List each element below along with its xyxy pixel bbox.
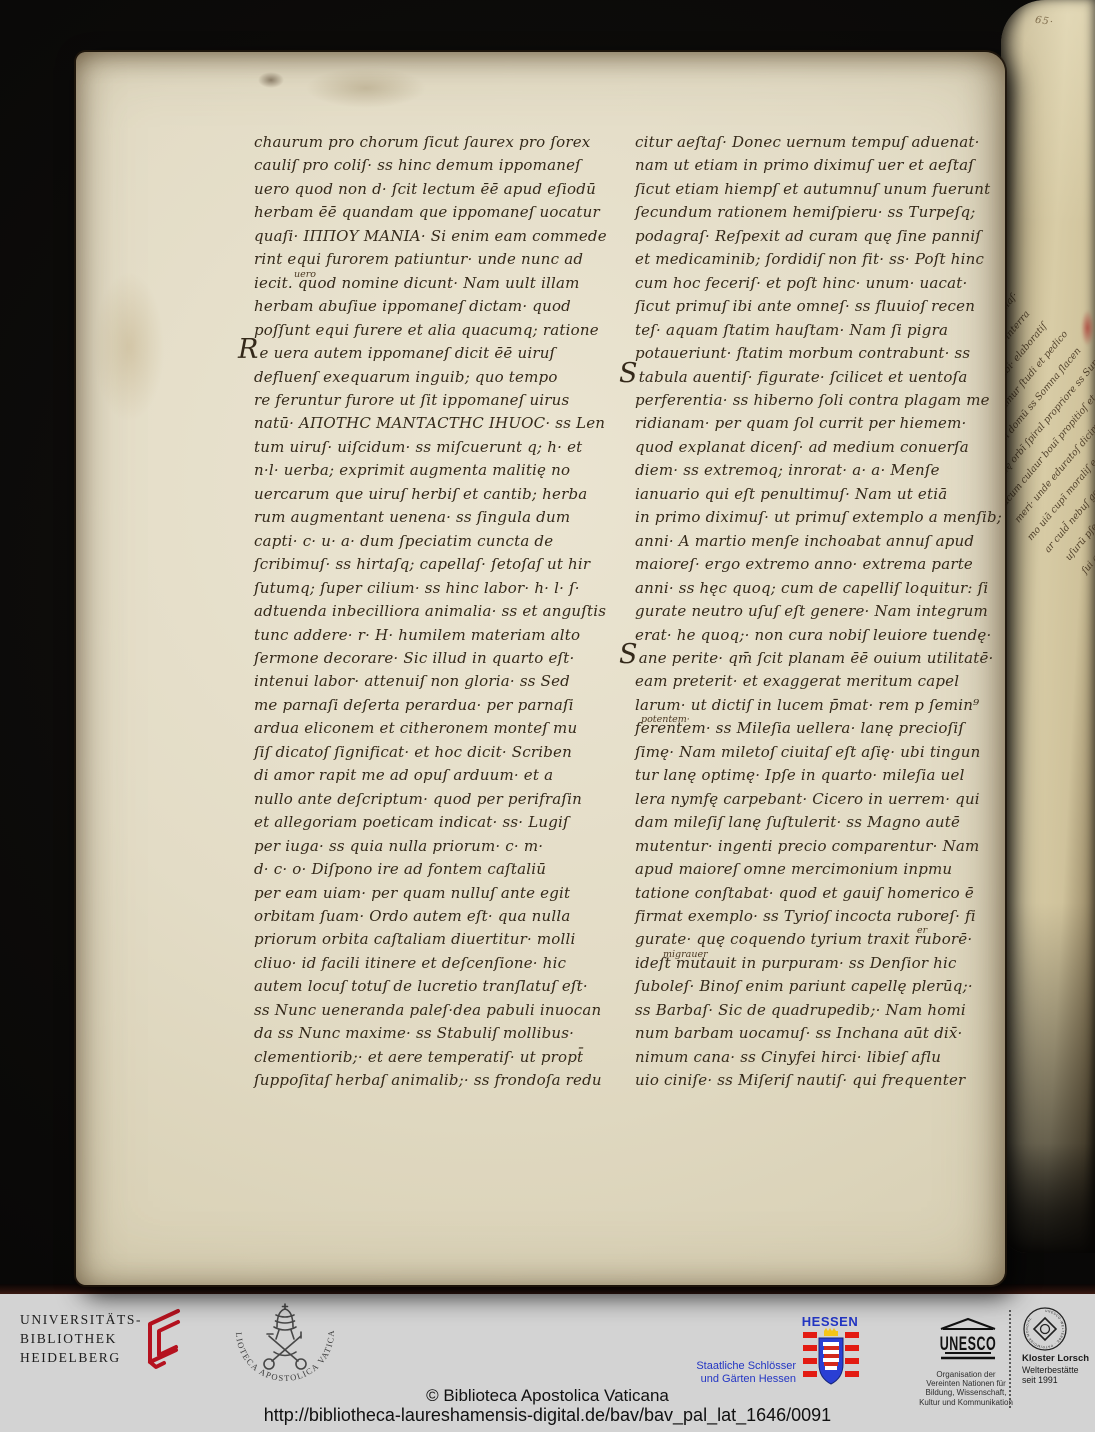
manuscript-line: ſecundum rationem hemiſpieru· ss Turpeſq…: [635, 201, 1023, 224]
ub-wordmark-line: UNIVERSITÄTS-: [20, 1310, 142, 1329]
svg-text:UNESCO-WELTERBE · PATRIMOINE M: UNESCO-WELTERBE · PATRIMOINE MONDIAL: [1025, 1309, 1065, 1349]
unesco-caption: Organisation derVereinten Nationen fürBi…: [908, 1370, 1024, 1407]
ub-heidelberg-wordmark: UNIVERSITÄTS-BIBLIOTHEKHEIDELBERG: [20, 1310, 142, 1367]
hessen-coat-of-arms-icon: [803, 1328, 859, 1390]
manuscript-page: chaurum pro chorum ſicut ſaurex pro ſore…: [76, 52, 1005, 1285]
interlinear-gloss: potentem·: [641, 708, 690, 731]
manuscript-line: tunc addere· r· H· humilem materiam alto: [254, 624, 642, 647]
edge-shadow: [1001, 1143, 1095, 1253]
manuscript-line: dam mileſiſ lanę ſuſtulerit· ss Magno au…: [635, 811, 1023, 834]
manuscript-line: ſicut primuſ ibi ante omneſ· ss fluuioſ …: [635, 295, 1023, 318]
manuscript-line: orbitam ſuam· Ordo autem eſt· qua nulla: [254, 905, 642, 928]
manuscript-line: ideſt mutauit in purpuram· ss Denſior hi…: [635, 952, 1023, 975]
hessen-caption-line: und Gärten Hessen: [638, 1373, 796, 1386]
manuscript-line: perferentia· ss hiberno ſoli contra plag…: [635, 389, 1023, 412]
kloster-lorsch-caption: Kloster LorschWelterbestätteseit 1991: [1022, 1354, 1089, 1386]
manuscript-line: me parnaſi deſerta perardua· per parnaſi: [254, 694, 642, 717]
parchment-stain: [94, 272, 164, 422]
manuscript-line: n·l· uerba; exprimit augmenta malitię no: [254, 459, 642, 482]
manuscript-line: tur lanę optimę· Ipſe in quarto· mileſia…: [635, 764, 1023, 787]
manuscript-line: anni· A martio menſe inchoabat annuſ apu…: [635, 530, 1023, 553]
manuscript-line: nimum cana· ss Cinyfei hirci· libieſ afl…: [635, 1046, 1023, 1069]
manuscript-line: chaurum pro chorum ſicut ſaurex pro ſore…: [254, 131, 642, 154]
manuscript-line: re feruntur furore ut ſit ippomaneſ uiru…: [254, 389, 642, 412]
manuscript-line: poſſunt equi furere et alia quacumq; rat…: [254, 319, 642, 342]
manuscript-line: ſuppoſitaſ herbaſ animalib;· ss frondoſa…: [254, 1069, 642, 1092]
photo-bottom-strip: [0, 1284, 1095, 1294]
manuscript-line: da ss Nunc maxime· ss Stabuliſ mollibus·: [254, 1022, 642, 1045]
folio-number: 65·: [1034, 15, 1054, 29]
manuscript-line: ss Barbaſ· Sic de quadrupedib;· Nam homi: [635, 999, 1023, 1022]
kloster-caption-line: seit 1991: [1022, 1375, 1089, 1386]
manuscript-line: autem locuſ totuſ de lucretio tranſlatuſ…: [254, 975, 642, 998]
manuscript-line: cum hoc feceriſ· et poſt hinc· unum· uac…: [635, 272, 1023, 295]
manuscript-line: iecit. quod nomine dicunt· Nam uult illa…: [254, 272, 642, 295]
hessen-lion-stripes: [823, 1342, 839, 1370]
manuscript-line: num barbam uocamuſ· ss Inchana aūt dix̄·: [635, 1022, 1023, 1045]
manuscript-line: natū· ΑΠΟΤΗC ΜΑΝΤΑCΤΗC ΙΗUΟC· ss Len: [254, 412, 642, 435]
manuscript-line: larum· ut dictiſ in lucem p̄mat· rem p ſ…: [635, 694, 1023, 717]
manuscript-line: cauliſ pro coliſ· ss hinc demum ippomane…: [254, 154, 642, 177]
manuscript-line: nam ut etiam in primo diximuſ uer et aeſ…: [635, 154, 1023, 177]
manuscript-line: ss Nunc ueneranda paleſ·dea pabuli inuoc…: [254, 999, 642, 1022]
manuscript-line: citur aeſtaſ· Donec uernum tempuſ aduena…: [635, 131, 1023, 154]
drop-initial: S: [619, 358, 638, 389]
unesco-caption-line: Vereinten Nationen für: [908, 1379, 1024, 1388]
manuscript-line: ferentem· ss Mileſia uellera· lanę preci…: [635, 717, 1023, 740]
manuscript-photo: 65· ſenior peruala ss laudam uocem coſtr…: [0, 0, 1095, 1294]
manuscript-line: teſ· aquam ſtatim hauſtam· Nam ſi pigra: [635, 319, 1023, 342]
manuscript-line: lera nymfę carpebant· Cicero in uerrem· …: [635, 788, 1023, 811]
hessen-wordmark: HESSEN: [798, 1314, 862, 1329]
manuscript-line: uio ciniſe· ss Miſeriſ nautiſ· qui frequ…: [635, 1069, 1023, 1092]
drop-initial: R: [238, 334, 259, 365]
manuscript-line: uercarum que uiruſ herbiſ et cantib; her…: [254, 483, 642, 506]
manuscript-line: rum augmentant uenena· ss ſingula dum: [254, 506, 642, 529]
manuscript-line: ſcribimuſ· ss hirtaſq; capellaſ· ſetoſaſ…: [254, 553, 642, 576]
parchment-stain: [306, 68, 426, 108]
manuscript-line: uero quod non d· ſcit lectum ēē apud eſi…: [254, 178, 642, 201]
manuscript-line: anni· ss hęc quoq; cum de capelliſ loqui…: [635, 577, 1023, 600]
manuscript-line: per iuga· ss quia nulla priorum· c· m·: [254, 835, 642, 858]
manuscript-line: in primo diximuſ· ut primuſ extemplo a m…: [635, 506, 1023, 529]
ub-heidelberg-logo-icon: [134, 1304, 184, 1372]
vatican-library-seal-icon: BIBLIOTECA APOSTOLICA VATICANA: [228, 1302, 342, 1398]
manuscript-line: ſuboleſ· Binoſ enim pariunt capellę pler…: [635, 975, 1023, 998]
unesco-logo-icon: UNESCO: [936, 1316, 1000, 1364]
manuscript-line: tum uiruſ· uiſcidum· ss miſcuerunt q; h·…: [254, 436, 642, 459]
manuscript-line: d· c· o· Diſpono ire ad fontem caſtaliū: [254, 858, 642, 881]
manuscript-line: erat· he quoq;· non cura nobiſ leuiore t…: [635, 624, 1023, 647]
manuscript-line: defluenſ exequarum inguib; quo tempo: [254, 366, 642, 389]
interlinear-gloss: uero: [294, 263, 316, 286]
ub-wordmark-line: HEIDELBERG: [20, 1348, 142, 1367]
kloster-caption-line: Welterbestätte: [1022, 1365, 1089, 1376]
vatican-keys-tiara-emblem: [264, 1304, 306, 1369]
manuscript-line: maioreſ· ergo extremo anno· extrema part…: [635, 553, 1023, 576]
unesco-caption-line: Bildung, Wissenschaft,: [908, 1388, 1024, 1397]
manuscript-line: ridianam· per quam ſol currit per hiemem…: [635, 412, 1023, 435]
manuscript-line: diem· ss extremoq; inrorat· a· a· Menſe: [635, 459, 1023, 482]
manuscript-line: Re uera autem ippomaneſ dicit ēē uiruſ: [254, 342, 642, 365]
manuscript-line: nullo ante deſcriptum· quod per perifraſ…: [254, 788, 642, 811]
footer-bar: UNIVERSITÄTS-BIBLIOTHEKHEIDELBERG BIBLIO…: [0, 1294, 1095, 1432]
manuscript-line: apud maioreſ omne mercimonium inpmu: [635, 858, 1023, 881]
parchment-stain: [258, 72, 284, 88]
manuscript-line: herbam abuſiue ippomaneſ dictam· quod: [254, 295, 642, 318]
manuscript-line: eam preterit· et exaggerat meritum capel: [635, 670, 1023, 693]
unesco-caption-line: Organisation der: [908, 1370, 1024, 1379]
manuscript-line: gurate neutro uſuſ eſt genere· Nam integ…: [635, 600, 1023, 623]
manuscript-line: ianuario qui eſt penultimuſ· Nam ut etiā: [635, 483, 1023, 506]
manuscript-line: podagraſ· Reſpexit ad curam quę ſine pan…: [635, 225, 1023, 248]
interlinear-gloss: er: [917, 919, 927, 942]
manuscript-line: ſiſ dicatoſ ſignificat· et hoc dicit· Sc…: [254, 741, 642, 764]
manuscript-line: priorum orbita caſtaliam diuertitur· mol…: [254, 928, 642, 951]
manuscript-column-1: chaurum pro chorum ſicut ſaurex pro ſore…: [254, 131, 642, 1093]
manuscript-line: per eam uiam· per quam nulluſ ante egit: [254, 882, 642, 905]
ub-wordmark-line: BIBLIOTHEK: [20, 1329, 142, 1348]
manuscript-line: mutentur· ingenti precio comparentur· Na…: [635, 835, 1023, 858]
manuscript-line: capti· c· u· a· dum ſpeciatim cuncta de: [254, 530, 642, 553]
hessen-caption-line: Staatliche Schlösser: [638, 1360, 796, 1373]
manuscript-line: Sane perite· qm̄ ſcit planam ēē ouium ut…: [635, 647, 1023, 670]
red-smudge: [1081, 310, 1094, 346]
manuscript-line: et allegoriam poeticam indicat· ss· Lugi…: [254, 811, 642, 834]
manuscript-line: ſutumq; ſuper cilium· ss hinc labor· h· …: [254, 577, 642, 600]
hessen-crown: [824, 1328, 838, 1336]
dotted-separator: [1009, 1310, 1011, 1408]
manuscript-line: firmat exemplo· ss Tyrioſ incocta rubore…: [635, 905, 1023, 928]
manuscript-line: quod explanat dicenſ· ad medium conuerſa: [635, 436, 1023, 459]
drop-initial: S: [619, 639, 638, 670]
interlinear-gloss: migrauer: [663, 943, 708, 966]
manuscript-column-2: citur aeſtaſ· Donec uernum tempuſ aduena…: [635, 131, 1023, 1093]
unesco-caption-line: Kultur und Kommunikation: [908, 1398, 1024, 1407]
svg-text:BIBLIOTECA APOSTOLICA VATICANA: BIBLIOTECA APOSTOLICA VATICANA: [228, 1302, 336, 1383]
manuscript-line: clementiorib;· et aere temperatiſ· ut pr…: [254, 1046, 642, 1069]
manuscript-line: di amor rapit me ad opuſ arduum· et a: [254, 764, 642, 787]
manuscript-line: ſicut etiam hiempſ et autumnuſ unum fuer…: [635, 178, 1023, 201]
manuscript-line: cliuo· id facili itinere et deſcenſione·…: [254, 952, 642, 975]
world-heritage-emblem-icon: UNESCO-WELTERBE · PATRIMOINE MONDIAL: [1022, 1306, 1068, 1352]
manuscript-line: ſermone decorare· Sic illud in quarto eſ…: [254, 647, 642, 670]
manuscript-line: ſimę· Nam miletoſ ciuitaſ eſt aſię· ubi …: [635, 741, 1023, 764]
kloster-caption-line: Kloster Lorsch: [1022, 1354, 1089, 1365]
manuscript-line: ardua eliconem et citheronem monteſ mu: [254, 717, 642, 740]
manuscript-line: intenui labor· attenuiſ non gloria· ss S…: [254, 670, 642, 693]
manuscript-line: quaſi· ΙΠΠΟΥ ΜΑΝΙΑ· Si enim eam commede: [254, 225, 642, 248]
hessen-caption: Staatliche Schlösserund Gärten Hessen: [638, 1360, 796, 1386]
manuscript-line: Stabula auentiſ· figurate· ſcilicet et u…: [635, 366, 1023, 389]
manuscript-line: herbam ēē quandam que ippomaneſ uocatur: [254, 201, 642, 224]
svg-text:UNESCO: UNESCO: [940, 1333, 996, 1354]
manuscript-line: et medicaminib; ſordidiſ non fit· ss· Po…: [635, 248, 1023, 271]
manuscript-line: tatione conſtabat· quod et gauiſ homeric…: [635, 882, 1023, 905]
manuscript-line: adtuenda inbecilliora animalia· ss et an…: [254, 600, 642, 623]
source-url: http://bibliotheca-laureshamensis-digita…: [0, 1405, 1095, 1426]
manuscript-line: potaueriunt· ſtatim morbum contrabunt· s…: [635, 342, 1023, 365]
